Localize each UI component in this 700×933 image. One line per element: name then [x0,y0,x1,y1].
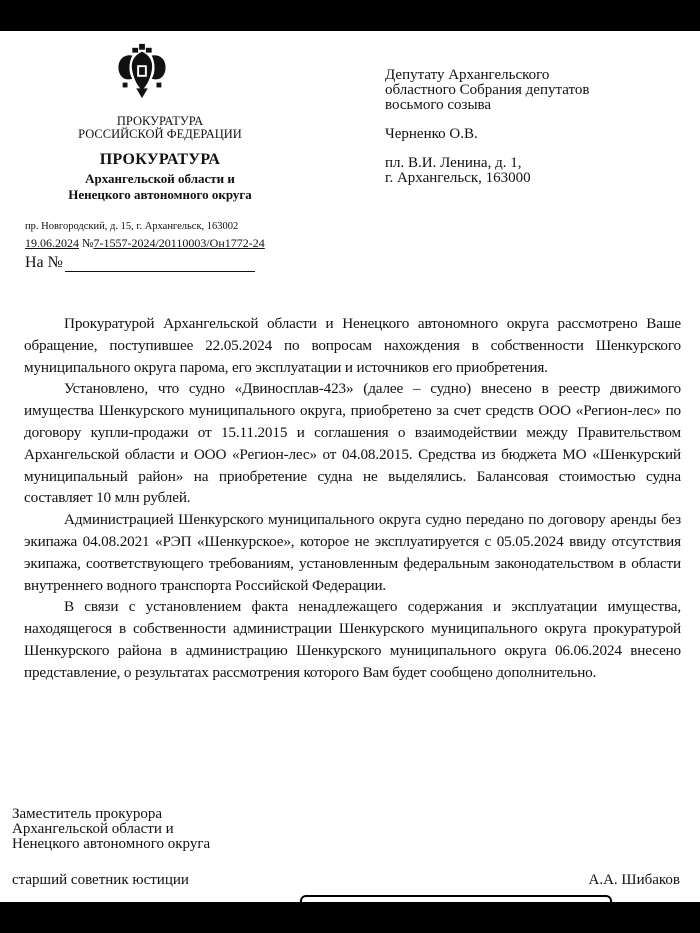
office-line2: Ненецкого автономного округа [20,187,300,203]
bottom-black-border [0,902,700,933]
org-heading: ПРОКУРАТУРА РОССИЙСКОЙ ФЕДЕРАЦИИ [60,115,260,141]
recipient-address1: пл. В.И. Ленина, д. 1, [385,156,589,171]
paragraph: Установлено, что судно «Двиносплав-423» … [24,378,681,509]
reply-to-line: На № [25,254,255,272]
office-line1: Архангельской области и [20,171,300,187]
recipient-line3: восьмого созыва [385,98,589,113]
position-line2: Архангельской области и [12,822,210,837]
document-number: 7-1557-2024/20110003/Он1772-24 [93,236,264,250]
recipient-line1: Депутату Архангельского [385,68,589,83]
paragraph: В связи с установлением факта ненадлежащ… [24,596,681,683]
signatory-position: Заместитель прокурора Архангельской обла… [12,807,210,852]
org-line2: РОССИЙСКОЙ ФЕДЕРАЦИИ [60,128,260,141]
document-date: 19.06.2024 [25,236,79,250]
russian-coat-of-arms-icon [113,42,171,100]
recipient-line2: областного Собрания депутатов [385,83,589,98]
recipient-address2: г. Архангельск, 163000 [385,171,589,186]
reply-to-label: На № [25,254,63,271]
position-line3: Ненецкого автономного округа [12,837,210,852]
office-heading: ПРОКУРАТУРА Архангельской области и Нене… [20,152,300,203]
paragraph: Прокуратурой Архангельской области и Нен… [24,313,681,378]
top-black-border [0,0,700,31]
letter-body: Прокуратурой Архангельской области и Нен… [24,313,681,684]
signatory-rank: старший советник юстиции [12,872,189,889]
signatory-name: А.А. Шибаков [589,872,680,889]
recipient-block: Депутату Архангельского областного Собра… [385,68,589,186]
office-title: ПРОКУРАТУРА [20,152,300,169]
position-line1: Заместитель прокурора [12,807,210,822]
paragraph: Администрацией Шенкурского муниципальног… [24,509,681,596]
sender-address: пр. Новгородский, д. 15, г. Архангельск,… [25,221,238,232]
reg-prefix: № [82,236,93,250]
recipient-name: Черненко О.В. [385,127,589,142]
registration-line: 19.06.2024 №7-1557-2024/20110003/Он1772-… [25,236,265,251]
reply-to-blank [65,255,255,272]
